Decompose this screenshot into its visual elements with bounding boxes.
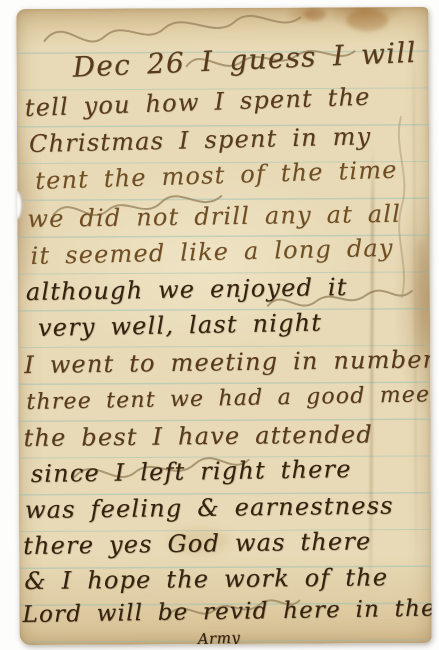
letter-line-11: the best I have attended (23, 420, 373, 452)
letter-line-9: I went to meeting in number (24, 345, 432, 379)
letter-line-12: since I left right there (31, 455, 352, 488)
letter-line-15: & I hope the work of the (24, 563, 388, 595)
letter-line-5: we did not drill any at all (27, 200, 401, 233)
stain-spot (304, 7, 326, 20)
letter-line-14: there yes God was there (23, 527, 372, 560)
ghost-stroke (44, 16, 300, 42)
letter-line-8: very well, last night (38, 309, 323, 342)
letter-line-13: was feeling & earnestness (25, 492, 394, 525)
letter-line-army: Army (197, 628, 240, 645)
letter-paper: Dec 26 I guess I will tell you how I spe… (16, 7, 431, 645)
letter-line-7: although we enjoyed it (26, 273, 348, 306)
scanned-letter-photo: Dec 26 I guess I will tell you how I spe… (0, 0, 439, 650)
stain-spot (346, 9, 388, 31)
